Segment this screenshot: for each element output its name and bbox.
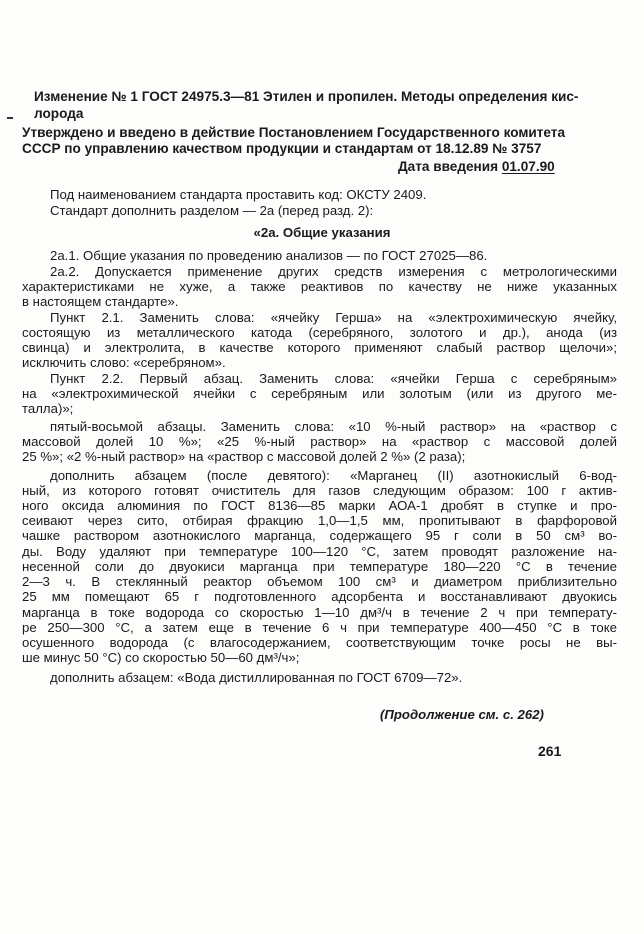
body-line: ды. Воду удаляют при температуре 100—120… bbox=[22, 544, 617, 559]
body-line: ного оксида алюминия по ГОСТ 8136—85 мар… bbox=[22, 498, 617, 513]
body-line: дополнить абзацем: «Вода дистиллированна… bbox=[50, 670, 462, 685]
body-line: ше минус 50 °С) со скоростью 50—60 дм³/ч… bbox=[22, 650, 299, 665]
body-line: характеристиками не хуже, а также реакти… bbox=[22, 279, 617, 294]
body-line: 2а.1. Общие указания по проведению анали… bbox=[50, 248, 487, 263]
intro-line-1: Под наименованием стандарта проставить к… bbox=[50, 187, 426, 202]
body-line: несенной соли до двуокиси марганца при т… bbox=[22, 559, 617, 574]
body-line: состоящую из металлического катода (сере… bbox=[22, 325, 617, 340]
body-line: пятый-восьмой абзацы. Заменить слова: «1… bbox=[50, 419, 617, 434]
body-line: сеивают через сито, отбирая фракцию 1,0—… bbox=[22, 513, 617, 528]
body-line: свинца) и электролита, в качестве которо… bbox=[22, 340, 617, 355]
body-line: марганца в токе водорода со скоростью 1—… bbox=[22, 605, 617, 620]
section-title: «2а. Общие указания bbox=[0, 225, 644, 240]
page-number: 261 bbox=[538, 744, 561, 759]
effective-date-value: 01.07.90 bbox=[502, 159, 555, 174]
intro-line-2: Стандарт дополнить разделом — 2а (перед … bbox=[50, 203, 373, 218]
body-line: 2а.2. Допускается применение других сред… bbox=[50, 264, 617, 279]
body-line: Пункт 2.1. Заменить слова: «ячейку Герша… bbox=[50, 310, 617, 325]
body-line: исключить слово: «серебряном». bbox=[22, 355, 226, 370]
body-line: массовой долей 10 %»; «25 %-ный раствор»… bbox=[22, 434, 617, 449]
amendment-title-line1: Изменение № 1 ГОСТ 24975.3—81 Этилен и п… bbox=[34, 89, 604, 104]
body-line: 25 мм помещают 65 г подготовленного адсо… bbox=[22, 589, 617, 604]
effective-date-label: Дата введения bbox=[398, 159, 498, 174]
body-line: дополнить абзацем (после девятого): «Мар… bbox=[50, 468, 617, 483]
amendment-title-line2: лорода bbox=[34, 106, 83, 121]
body-line: чашке раствором азотнокислого марганца, … bbox=[22, 528, 617, 543]
body-line: ре 250—300 °С, а затем еще в течение 6 ч… bbox=[22, 620, 617, 635]
body-line: ный, из которого готовят очиститель для … bbox=[22, 483, 617, 498]
document-page: Изменение № 1 ГОСТ 24975.3—81 Этилен и п… bbox=[0, 0, 644, 934]
margin-mark bbox=[7, 117, 13, 119]
body-line: осушенного водорода (с влагосодержанием,… bbox=[22, 635, 617, 650]
body-line: в настоящем стандарте». bbox=[22, 294, 178, 309]
body-line: Пункт 2.2. Первый абзац. Заменить слова:… bbox=[50, 371, 617, 386]
body-line: талла)»; bbox=[22, 401, 73, 416]
continuation-note: (Продолжение см. с. 262) bbox=[380, 707, 544, 722]
body-line: на «электрохимической ячейки с серебряны… bbox=[22, 386, 617, 401]
approval-line2: СССР по управлению качеством продукции и… bbox=[22, 141, 619, 156]
effective-date: Дата введения 01.07.90 bbox=[398, 159, 555, 174]
body-line: 25 %»; «2 %-ный раствор» на «раствор с м… bbox=[22, 449, 465, 464]
body-line: 2—3 ч. В стеклянный реактор объемом 100 … bbox=[22, 574, 617, 589]
approval-line1: Утверждено и введено в действие Постанов… bbox=[22, 125, 619, 140]
